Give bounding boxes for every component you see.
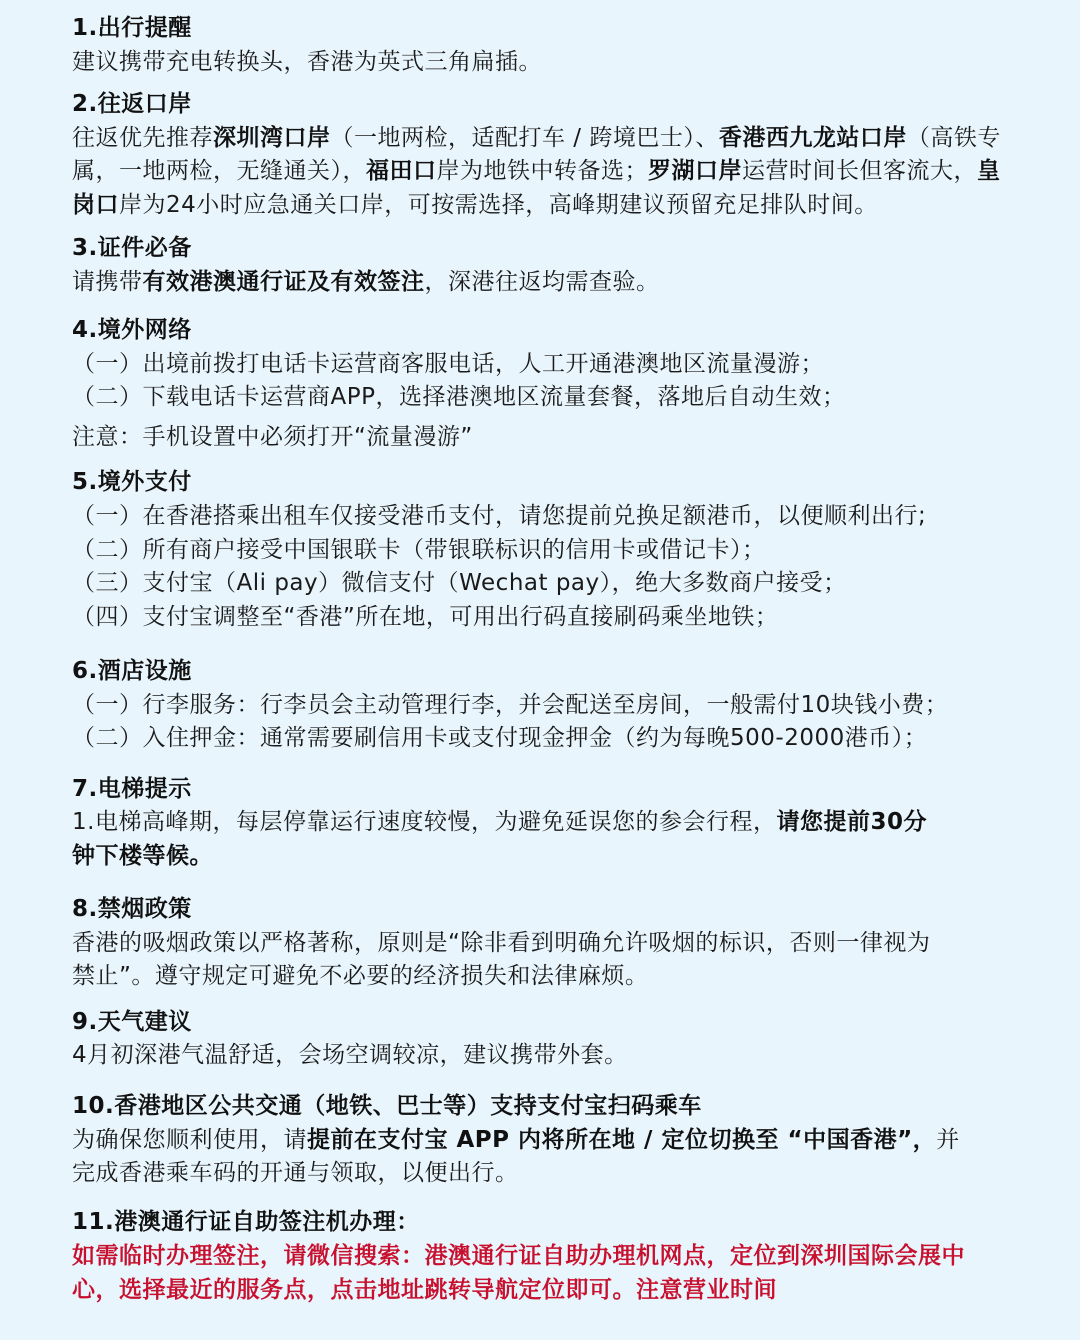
body-text: （一）出境前拨打电话卡运营商客服电话，人工开通港澳地区流量漫游； — [72, 351, 824, 377]
body-text: 香港的吸烟政策以严格著称，原则是“除非看到明确允许吸烟的标识，否则一律视为 — [72, 930, 930, 956]
body-line: 岗口岸为24小时应急通关口岸，可按需选择，高峰期建议预留充足排队时间。 — [72, 188, 878, 222]
emphasis-text: 岗口 — [72, 192, 119, 218]
emphasis-text: 香港西九龙站口岸 — [719, 125, 907, 151]
body-text: ，深港往返均需查验。 — [425, 269, 660, 295]
body-text: 请携带 — [72, 269, 143, 295]
emphasis-text: 钟下楼等候。 — [72, 843, 213, 869]
emphasis-text: 皇 — [977, 158, 1001, 184]
section-heading: 10.香港地区公共交通（地铁、巴士等）支持支付宝扫码乘车 — [72, 1089, 702, 1123]
section-heading: 8.禁烟政策 — [72, 892, 192, 926]
section-heading: 7.电梯提示 — [72, 772, 192, 806]
body-line: 建议携带充电转换头，香港为英式三角扁插。 — [72, 45, 542, 79]
body-text: （三）支付宝（Ali pay）微信支付（Wechat pay），绝大多数商户接受… — [72, 570, 847, 596]
body-line: 如需临时办理签注，请微信搜索：港澳通行证自助办理机网点，定位到深圳国际会展中 — [72, 1239, 965, 1273]
body-text: 岸为地铁中转备选； — [437, 158, 649, 184]
body-text: 属，一地两检，无缝通关）， — [72, 158, 366, 184]
section-heading: 1.出行提醒 — [72, 11, 192, 45]
body-line: （四）支付宝调整至“香港”所在地，可用出行码直接刷码乘坐地铁； — [72, 600, 778, 634]
body-line: （二）入住押金：通常需要刷信用卡或支付现金押金（约为每晚500-2000港币）； — [72, 721, 927, 755]
body-line: （一）出境前拨打电话卡运营商客服电话，人工开通港澳地区流量漫游； — [72, 347, 824, 381]
body-text: （二）入住押金：通常需要刷信用卡或支付现金押金（约为每晚500-2000港币）； — [72, 725, 927, 751]
section-heading: 6.酒店设施 — [72, 654, 192, 688]
body-text: 完成香港乘车码的开通与领取，以便出行。 — [72, 1160, 519, 1186]
emphasis-text: 罗湖口岸 — [648, 158, 742, 184]
body-line: 1.电梯高峰期，每层停靠运行速度较慢，为避免延误您的参会行程，请您提前30分 — [72, 805, 927, 839]
body-line: 请携带有效港澳通行证及有效签注，深港往返均需查验。 — [72, 265, 660, 299]
body-text: （一地两检，适配打车 / 跨境巴士）、 — [331, 125, 719, 151]
section-heading: 3.证件必备 — [72, 231, 192, 265]
emphasis-text: 提前在支付宝 APP 内将所在地 / 定位切换至 “中国香港”， — [307, 1127, 936, 1153]
body-line: 注意：手机设置中必须打开“流量漫游” — [72, 420, 473, 454]
body-text: 禁止”。遵守规定可避免不必要的经济损失和法律麻烦。 — [72, 963, 648, 989]
body-text: （二）下载电话卡运营商APP，选择港澳地区流量套餐，落地后自动生效； — [72, 384, 845, 410]
body-line: （二）下载电话卡运营商APP，选择港澳地区流量套餐，落地后自动生效； — [72, 380, 845, 414]
emphasis-text: 有效港澳通行证及有效签注 — [143, 269, 425, 295]
section-heading: 11.港澳通行证自助签注机办理： — [72, 1205, 420, 1239]
body-text: （高铁专 — [907, 125, 1001, 151]
body-text: 4月初深港气温舒适，会场空调较凉，建议携带外套。 — [72, 1042, 628, 1068]
body-line: 禁止”。遵守规定可避免不必要的经济损失和法律麻烦。 — [72, 959, 648, 993]
body-text: 并 — [936, 1127, 960, 1153]
alert-text: 心，选择最近的服务点，点击地址跳转导航定位即可。注意营业时间 — [72, 1277, 777, 1303]
body-text: （四）支付宝调整至“香港”所在地，可用出行码直接刷码乘坐地铁； — [72, 604, 778, 630]
body-line: （一）行李服务：行李员会主动管理行李，并会配送至房间，一般需付10块钱小费； — [72, 688, 948, 722]
body-line: （三）支付宝（Ali pay）微信支付（Wechat pay），绝大多数商户接受… — [72, 566, 847, 600]
body-line: （一）在香港搭乘出租车仅接受港币支付，请您提前兑换足额港币，以便顺利出行; — [72, 499, 926, 533]
emphasis-text: 深圳湾口岸 — [213, 125, 331, 151]
body-text: 为确保您顺利使用，请 — [72, 1127, 307, 1153]
body-line: 往返优先推荐深圳湾口岸（一地两检，适配打车 / 跨境巴士）、香港西九龙站口岸（高… — [72, 121, 1001, 155]
body-line: 4月初深港气温舒适，会场空调较凉，建议携带外套。 — [72, 1038, 628, 1072]
body-line: 属，一地两检，无缝通关），福田口岸为地铁中转备选；罗湖口岸运营时间长但客流大，皇 — [72, 154, 1001, 188]
body-text: （一）行李服务：行李员会主动管理行李，并会配送至房间，一般需付10块钱小费； — [72, 692, 948, 718]
body-text: （一）在香港搭乘出租车仅接受港币支付，请您提前兑换足额港币，以便顺利出行; — [72, 503, 926, 529]
body-text: 往返优先推荐 — [72, 125, 213, 151]
body-text: 岸为24小时应急通关口岸，可按需选择，高峰期建议预留充足排队时间。 — [119, 192, 878, 218]
body-line: 钟下楼等候。 — [72, 839, 213, 873]
body-line: 香港的吸烟政策以严格著称，原则是“除非看到明确允许吸烟的标识，否则一律视为 — [72, 926, 930, 960]
section-heading: 5.境外支付 — [72, 465, 192, 499]
body-text: 运营时间长但客流大， — [742, 158, 977, 184]
body-text: 注意：手机设置中必须打开“流量漫游” — [72, 424, 473, 450]
emphasis-text: 请您提前30分 — [776, 809, 927, 835]
section-heading: 4.境外网络 — [72, 313, 192, 347]
body-line: （二）所有商户接受中国银联卡（带银联标识的信用卡或借记卡）； — [72, 533, 766, 567]
body-text: （二）所有商户接受中国银联卡（带银联标识的信用卡或借记卡）； — [72, 537, 766, 563]
body-text: 1.电梯高峰期，每层停靠运行速度较慢，为避免延误您的参会行程， — [72, 809, 776, 835]
body-line: 心，选择最近的服务点，点击地址跳转导航定位即可。注意营业时间 — [72, 1273, 777, 1307]
body-text: 建议携带充电转换头，香港为英式三角扁插。 — [72, 49, 542, 75]
body-line: 完成香港乘车码的开通与领取，以便出行。 — [72, 1156, 519, 1190]
section-heading: 2.往返口岸 — [72, 87, 192, 121]
emphasis-text: 福田口 — [366, 158, 437, 184]
section-heading: 9.天气建议 — [72, 1005, 192, 1039]
body-line: 为确保您顺利使用，请提前在支付宝 APP 内将所在地 / 定位切换至 “中国香港… — [72, 1123, 960, 1157]
alert-text: 如需临时办理签注，请微信搜索：港澳通行证自助办理机网点，定位到深圳国际会展中 — [72, 1243, 965, 1269]
